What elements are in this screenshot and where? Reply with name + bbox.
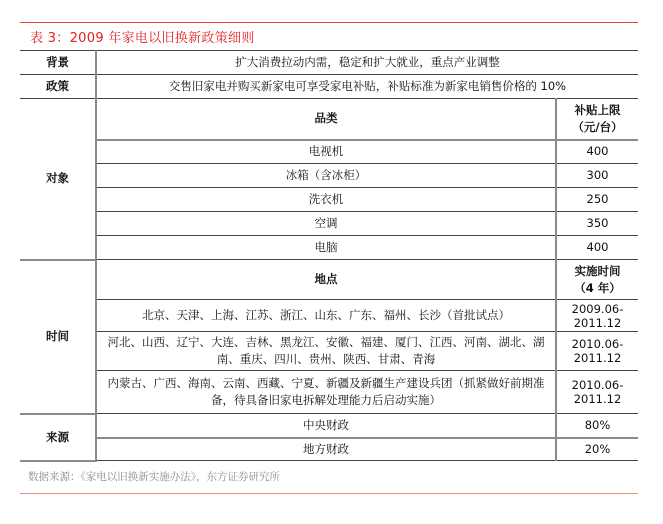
header-category: 品类: [96, 99, 556, 140]
category-cell: 洗衣机: [96, 188, 556, 212]
header-cap-line1: 补贴上限: [575, 103, 621, 117]
cap-cell: 400: [556, 236, 638, 260]
period-end: 2011.12: [574, 316, 622, 330]
table-row: 空调 350: [20, 212, 638, 236]
places-cell: 北京、天津、上海、江苏、浙江、山东、广东、福州、长沙（首批试点）: [96, 300, 556, 332]
category-cell: 电视机: [96, 140, 556, 164]
time-header-row: 时间 地点 实施时间（4 年）: [20, 260, 638, 300]
period-start: 2009.06-: [572, 302, 624, 316]
cap-cell: 250: [556, 188, 638, 212]
table-row: 地方财政 20%: [20, 438, 638, 461]
table-row: 河北、山西、辽宁、大连、吉林、黑龙江、安徽、福建、厦门、江西、河南、湖北、湖南、…: [20, 332, 638, 371]
period-start: 2010.06-: [572, 337, 624, 351]
category-cell: 电脑: [96, 236, 556, 260]
header-period-line1: 实施时间: [575, 264, 621, 278]
cap-cell: 300: [556, 164, 638, 188]
label-background: 背景: [20, 51, 96, 75]
cap-cell: 350: [556, 212, 638, 236]
policy-table: 背景 扩大消费拉动内需，稳定和扩大就业，重点产业调整 政策 交售旧家电并购买新家…: [20, 50, 638, 462]
table-row: 冰箱（含冰柜） 300: [20, 164, 638, 188]
target-header-row: 对象 品类 补贴上限（元/台）: [20, 99, 638, 140]
table-row: 电视机 400: [20, 140, 638, 164]
data-source-note: 数据来源：《家电以旧换新实施办法》，东方证券研究所: [28, 469, 280, 484]
header-period: 实施时间（4 年）: [556, 260, 638, 300]
row-background: 背景 扩大消费拉动内需，稳定和扩大就业，重点产业调整: [20, 51, 638, 75]
policy-text: 交售旧家电并购买新家电可享受家电补贴，补贴标准为新家电销售价格的 10%: [96, 75, 638, 99]
label-policy: 政策: [20, 75, 96, 99]
background-text: 扩大消费拉动内需，稳定和扩大就业，重点产业调整: [96, 51, 638, 75]
top-red-rule: [20, 22, 638, 23]
header-cap: 补贴上限（元/台）: [556, 99, 638, 140]
table-row: 洗衣机 250: [20, 188, 638, 212]
period-cell: 2010.06-2011.12: [556, 371, 638, 414]
source-name-cell: 地方财政: [96, 438, 556, 461]
header-places: 地点: [96, 260, 556, 300]
table-row: 来源 中央财政 80%: [20, 414, 638, 438]
period-cell: 2010.06-2011.12: [556, 332, 638, 371]
source-name-cell: 中央财政: [96, 414, 556, 438]
source-share-cell: 80%: [556, 414, 638, 438]
table-row: 北京、天津、上海、江苏、浙江、山东、广东、福州、长沙（首批试点） 2009.06…: [20, 300, 638, 332]
header-cap-line2: （元/台）: [572, 120, 622, 134]
label-target: 对象: [20, 99, 96, 260]
label-source: 来源: [20, 414, 96, 461]
category-cell: 冰箱（含冰柜）: [96, 164, 556, 188]
period-end: 2011.12: [574, 392, 622, 406]
label-time: 时间: [20, 260, 96, 414]
places-cell: 内蒙古、广西、海南、云南、西藏、宁夏、新疆及新疆生产建设兵团（抓紧做好前期准备，…: [96, 371, 556, 414]
row-policy: 政策 交售旧家电并购买新家电可享受家电补贴，补贴标准为新家电销售价格的 10%: [20, 75, 638, 99]
table-title: 表 3：2009 年家电以旧换新政策细则: [30, 27, 255, 46]
period-start: 2010.06-: [572, 378, 624, 392]
table-row: 内蒙古、广西、海南、云南、西藏、宁夏、新疆及新疆生产建设兵团（抓紧做好前期准备，…: [20, 371, 638, 414]
table-row: 电脑 400: [20, 236, 638, 260]
header-period-line2: （4 年）: [574, 281, 621, 295]
bottom-red-rule: [20, 493, 638, 494]
cap-cell: 400: [556, 140, 638, 164]
period-end: 2011.12: [574, 351, 622, 365]
period-cell: 2009.06-2011.12: [556, 300, 638, 332]
places-cell: 河北、山西、辽宁、大连、吉林、黑龙江、安徽、福建、厦门、江西、河南、湖北、湖南、…: [96, 332, 556, 371]
category-cell: 空调: [96, 212, 556, 236]
source-share-cell: 20%: [556, 438, 638, 461]
